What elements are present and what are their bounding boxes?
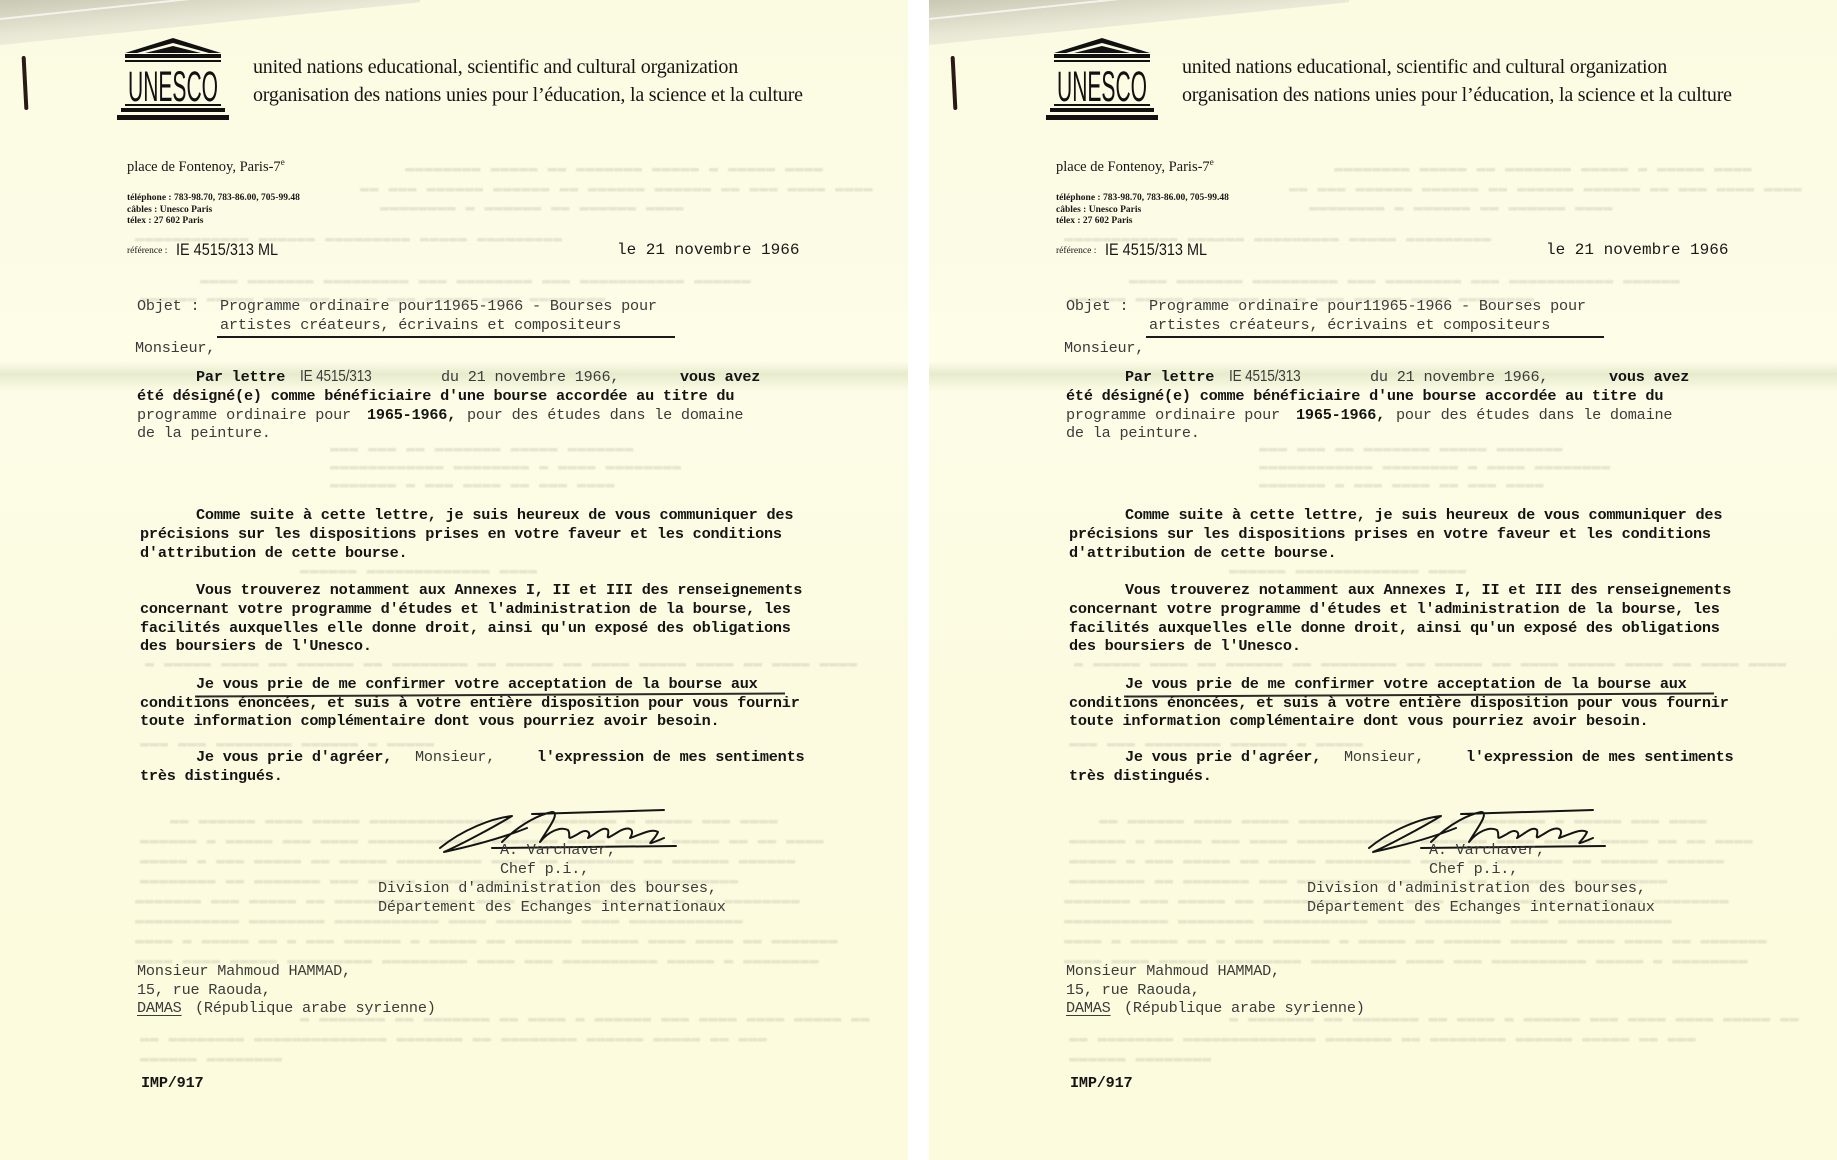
subject-underline xyxy=(217,336,675,338)
letter-page-left: ▬▬▬▬▬▬▬▬ ▬▬▬▬▬ ▬▬ ▬▬▬▬▬▬▬ ▬▬▬▬▬ ▬ ▬▬▬▬▬ … xyxy=(0,0,908,1160)
recipient-name: Monsieur Mahmoud HAMMAD, xyxy=(1066,962,1280,980)
para2-line: d'attribution de cette bourse. xyxy=(140,544,407,562)
para1-line1-end: vous avez xyxy=(1609,368,1689,386)
bleed-through-text: ▬▬▬▬▬▬▬▬▬▬▬▬ ▬▬▬▬▬▬▬▬ ▬ ▬▬▬▬ ▬▬▬▬▬▬▬▬ xyxy=(330,458,682,475)
signatory-name: A. Varchaver, xyxy=(1429,841,1545,859)
closing-line2: très distingués. xyxy=(1069,767,1212,785)
para4-line: toute information complémentaire dont vo… xyxy=(1069,712,1648,730)
cables-line: câbles : Unesco Paris xyxy=(1056,205,1141,215)
telex-line: télex : 27 602 Paris xyxy=(127,216,204,226)
para1-reference: IE 4515/313 xyxy=(300,368,371,386)
para1-line3-end: pour des études dans le domaine xyxy=(1396,406,1672,424)
bleed-through-text: ▬▬▬▬▬▬▬▬▬▬▬▬ ▬▬▬▬▬▬▬▬ ▬ ▬▬▬▬ ▬▬▬▬▬▬▬▬ xyxy=(1259,458,1611,475)
telephone-line: téléphone : 783-98.70, 783-86.00, 705-99… xyxy=(127,193,300,203)
para4-line: Je vous prie de me confirmer votre accep… xyxy=(1125,675,1687,693)
bleed-through-text: ▬ ▬▬▬▬▬ ▬▬▬▬ ▬▬ ▬▬▬▬▬▬ ▬▬ ▬▬▬▬▬▬▬▬ ▬▬ ▬▬… xyxy=(145,655,858,672)
para4-line: toute information complémentaire dont vo… xyxy=(140,712,719,730)
signatory-title: Chef p.i., xyxy=(1429,860,1518,878)
bleed-through-text: ▬▬▬▬ ▬ ▬▬▬▬▬ ▬▬ ▬ ▬▬▬ ▬▬▬▬▬▬ ▬ ▬▬▬▬▬ ▬▬ … xyxy=(1064,932,1767,949)
telex-line: télex : 27 602 Paris xyxy=(1056,216,1133,226)
closing-line1-end: l'expression de mes sentiments xyxy=(537,748,804,766)
closing-line2: très distingués. xyxy=(140,767,283,785)
recipient-country: (République arabe syrienne) xyxy=(1124,999,1365,1017)
para3-line: concernant votre programme d'études et l… xyxy=(140,600,791,618)
para1-line1-end: vous avez xyxy=(680,368,760,386)
para3-line: facilités auxquelles elle donne droit, a… xyxy=(140,619,791,637)
subject-line-2: artistes créateurs, écrivains et composi… xyxy=(1149,316,1550,334)
para1-line2: été désigné(e) comme bénéficiaire d'une … xyxy=(137,387,734,405)
para3-line: facilités auxquelles elle donne droit, a… xyxy=(1069,619,1720,637)
para3-line: Vous trouverez notamment aux Annexes I, … xyxy=(196,581,802,599)
bleed-through-text: ▬▬▬▬ ▬ ▬▬▬▬▬ ▬▬ ▬ ▬▬▬ ▬▬▬▬▬▬ ▬ ▬▬▬▬▬ ▬▬ … xyxy=(135,932,838,949)
bleed-through-text: ▬▬▬▬▬▬▬ ▬ ▬▬▬ ▬▬▬▬ ▬▬ ▬▬▬ ▬▬▬▬ xyxy=(1259,476,1544,493)
para1-reference: IE 4515/313 xyxy=(1229,368,1300,386)
bleed-through-text: ▬▬ ▬▬▬ ▬▬▬▬▬▬ ▬▬▬▬▬▬ ▬▬ ▬▬▬▬▬▬ ▬▬▬▬▬▬ ▬▬… xyxy=(360,180,873,197)
letter-date: le 21 novembre 1966 xyxy=(617,241,799,259)
bleed-through-text: ▬▬▬ ▬▬▬ ▬▬ ▬▬▬▬▬▬▬ ▬▬▬▬▬ ▬▬▬▬▬▬▬ xyxy=(1259,440,1563,457)
recipient-city: DAMAS xyxy=(1066,999,1111,1017)
recipient-name: Monsieur Mahmoud HAMMAD, xyxy=(137,962,351,980)
unesco-logo-icon: UNESCO xyxy=(117,38,229,122)
bleed-through-text: ▬▬▬▬▬▬ ▬▬▬▬▬▬▬▬▬▬▬▬▬ ▬▬▬▬ xyxy=(300,562,538,579)
subject-underline xyxy=(1146,336,1604,338)
para1-line3-years: 1965-1966, xyxy=(367,406,456,424)
para3-line: des boursiers de l'Unesco. xyxy=(1069,637,1301,655)
telephone-line: téléphone : 783-98.70, 783-86.00, 705-99… xyxy=(1056,193,1229,203)
subject-line-2: artistes créateurs, écrivains et composi… xyxy=(220,316,621,334)
recipient-city: DAMAS xyxy=(137,999,182,1017)
bleed-through-text: ▬▬▬▬ ▬▬▬▬▬▬▬ ▬▬▬▬▬▬▬▬▬ ▬▬▬ ▬▬▬▬▬▬▬▬ ▬▬▬ … xyxy=(200,272,751,289)
recipient-street: 15, rue Raouda, xyxy=(1066,981,1200,999)
bleed-through-text: ▬▬▬ ▬▬▬ ▬▬ ▬▬▬▬▬▬▬ ▬▬▬▬▬ ▬▬▬▬▬▬▬ xyxy=(330,440,634,457)
para1-line4: de la peinture. xyxy=(137,424,271,442)
bleed-through-text: ▬▬ ▬▬▬ ▬▬▬▬▬▬ ▬▬▬▬▬▬ ▬▬ ▬▬▬▬▬▬ ▬▬▬▬▬▬ ▬▬… xyxy=(1289,180,1802,197)
reference-label: référence : xyxy=(127,246,167,256)
signatory-department: Département des Echanges internationaux xyxy=(1307,898,1655,916)
para1-line3-years: 1965-1966, xyxy=(1296,406,1385,424)
footer-code: IMP/917 xyxy=(1070,1074,1132,1092)
closing-line1-start: Je vous prie d'agréer, xyxy=(1125,748,1321,766)
letter-date: le 21 novembre 1966 xyxy=(1546,241,1728,259)
closing-line1-end: l'expression de mes sentiments xyxy=(1466,748,1733,766)
margin-mark xyxy=(22,56,29,110)
para3-line: concernant votre programme d'études et l… xyxy=(1069,600,1720,618)
bleed-through-text: ▬▬▬▬▬▬ ▬▬▬▬▬▬▬▬ xyxy=(1069,1050,1212,1067)
para1-line3-start: programme ordinaire pour xyxy=(137,406,351,424)
para2-line: précisions sur les dispositions prises e… xyxy=(1069,525,1711,543)
para1-date: du 21 novembre 1966, xyxy=(1370,368,1548,386)
reference-value: IE 4515/313 ML xyxy=(1105,240,1207,260)
bleed-through-text: ▬▬▬▬▬▬ ▬▬▬▬▬▬▬▬ xyxy=(140,1050,283,1067)
closing-line1-monsieur: Monsieur, xyxy=(415,748,495,766)
subject-label: Objet : xyxy=(137,297,199,315)
para2-line: Comme suite à cette lettre, je suis heur… xyxy=(1125,506,1722,524)
cables-line: câbles : Unesco Paris xyxy=(127,205,212,215)
para2-line: d'attribution de cette bourse. xyxy=(1069,544,1336,562)
org-name-french: organisation des nations unies pour l’éd… xyxy=(253,84,803,107)
closing-line1-monsieur: Monsieur, xyxy=(1344,748,1424,766)
svg-text:UNESCO: UNESCO xyxy=(1057,63,1147,111)
bleed-through-text: ▬▬▬▬▬▬▬▬ ▬ ▬▬▬▬▬▬ ▬▬ ▬▬▬▬▬▬ ▬▬▬▬ xyxy=(1309,199,1613,216)
para2-line: précisions sur les dispositions prises e… xyxy=(140,525,782,543)
bleed-through-text: ▬▬▬▬▬▬ ▬▬▬▬▬▬▬▬▬▬▬▬▬ ▬▬▬▬ xyxy=(1229,562,1467,579)
para3-line: Vous trouverez notamment aux Annexes I, … xyxy=(1125,581,1731,599)
para4-line: Je vous prie de me confirmer votre accep… xyxy=(196,675,758,693)
bleed-through-text: ▬▬▬▬▬▬▬▬ ▬▬▬▬▬ ▬▬ ▬▬▬▬▬▬▬ ▬▬▬▬▬ ▬ ▬▬▬▬▬ … xyxy=(1334,160,1752,177)
salutation: Monsieur, xyxy=(135,339,215,357)
closing-line1-start: Je vous prie d'agréer, xyxy=(196,748,392,766)
margin-mark xyxy=(951,56,958,110)
bleed-through-text: ▬▬▬▬▬▬▬▬ ▬ ▬▬▬▬▬▬ ▬▬ ▬▬▬▬▬▬ ▬▬▬▬ xyxy=(380,199,684,216)
org-name-english: united nations educational, scientific a… xyxy=(1182,56,1667,79)
para4-line: conditions énoncées, et suis à votre ent… xyxy=(140,694,800,712)
recipient-country: (République arabe syrienne) xyxy=(195,999,436,1017)
signatory-title: Chef p.i., xyxy=(500,860,589,878)
subject-line-1: Programme ordinaire pour11965-1966 - Bou… xyxy=(220,297,657,315)
bleed-through-text: ▬▬▬▬▬ ▬ ▬▬▬ ▬▬▬▬▬ ▬▬ ▬▬▬▬▬ ▬▬▬▬▬▬▬▬▬ ▬▬▬… xyxy=(140,852,796,869)
signatory-division: Division d'administration des bourses, xyxy=(378,879,717,897)
para1-date: du 21 novembre 1966, xyxy=(441,368,619,386)
salutation: Monsieur, xyxy=(1064,339,1144,357)
signatory-name: A. Varchaver, xyxy=(500,841,616,859)
signatory-department: Département des Echanges internationaux xyxy=(378,898,726,916)
recipient-street: 15, rue Raouda, xyxy=(137,981,271,999)
para4-line: conditions énoncées, et suis à votre ent… xyxy=(1069,694,1729,712)
reference-value: IE 4515/313 ML xyxy=(176,240,278,260)
para1-line1-start: Par lettre xyxy=(196,368,285,386)
para1-line4: de la peinture. xyxy=(1066,424,1200,442)
org-name-english: united nations educational, scientific a… xyxy=(253,56,738,79)
postal-address: place de Fontenoy, Paris-7e xyxy=(127,157,285,176)
para2-line: Comme suite à cette lettre, je suis heur… xyxy=(196,506,793,524)
subject-line-1: Programme ordinaire pour11965-1966 - Bou… xyxy=(1149,297,1586,315)
subject-label: Objet : xyxy=(1066,297,1128,315)
para1-line1-start: Par lettre xyxy=(1125,368,1214,386)
bleed-through-text: ▬▬▬▬▬▬▬ ▬ ▬▬▬ ▬▬▬▬ ▬▬ ▬▬▬ ▬▬▬▬ xyxy=(330,476,615,493)
para1-line3-end: pour des études dans le domaine xyxy=(467,406,743,424)
para1-line3-start: programme ordinaire pour xyxy=(1066,406,1280,424)
unesco-logo-icon: UNESCO xyxy=(1046,38,1158,122)
bleed-through-text: ▬▬ ▬▬▬▬▬▬▬▬ ▬▬▬▬▬▬▬▬▬▬▬▬▬▬ ▬▬▬▬▬▬▬ ▬▬ ▬▬… xyxy=(140,1030,767,1047)
reference-label: référence : xyxy=(1056,246,1096,256)
signatory-division: Division d'administration des bourses, xyxy=(1307,879,1646,897)
bleed-through-text: ▬▬▬▬ ▬▬▬▬▬▬▬ ▬▬▬▬▬▬▬▬▬ ▬▬▬ ▬▬▬▬▬▬▬▬ ▬▬▬ … xyxy=(1129,272,1680,289)
svg-text:UNESCO: UNESCO xyxy=(128,63,218,111)
para3-line: des boursiers de l'Unesco. xyxy=(140,637,372,655)
bleed-through-text: ▬▬ ▬▬▬▬▬▬▬▬ ▬▬▬▬▬▬▬▬▬▬▬▬▬▬ ▬▬▬▬▬▬▬ ▬▬ ▬▬… xyxy=(1069,1030,1696,1047)
letter-page-right: ▬▬▬▬▬▬▬▬ ▬▬▬▬▬ ▬▬ ▬▬▬▬▬▬▬ ▬▬▬▬▬ ▬ ▬▬▬▬▬ … xyxy=(929,0,1837,1160)
bleed-through-text: ▬▬▬▬▬ ▬ ▬▬▬ ▬▬▬▬▬ ▬▬ ▬▬▬▬▬ ▬▬▬▬▬▬▬▬▬ ▬▬▬… xyxy=(1069,852,1725,869)
bleed-through-text: ▬ ▬▬▬▬▬ ▬▬▬▬ ▬▬ ▬▬▬▬▬▬ ▬▬ ▬▬▬▬▬▬▬▬ ▬▬ ▬▬… xyxy=(1074,655,1787,672)
org-name-french: organisation des nations unies pour l’éd… xyxy=(1182,84,1732,107)
para1-line2: été désigné(e) comme bénéficiaire d'une … xyxy=(1066,387,1663,405)
footer-code: IMP/917 xyxy=(141,1074,203,1092)
bleed-through-text: ▬▬▬▬▬▬▬▬ ▬▬▬▬▬ ▬▬ ▬▬▬▬▬▬▬ ▬▬▬▬▬ ▬ ▬▬▬▬▬ … xyxy=(405,160,823,177)
postal-address: place de Fontenoy, Paris-7e xyxy=(1056,157,1214,176)
